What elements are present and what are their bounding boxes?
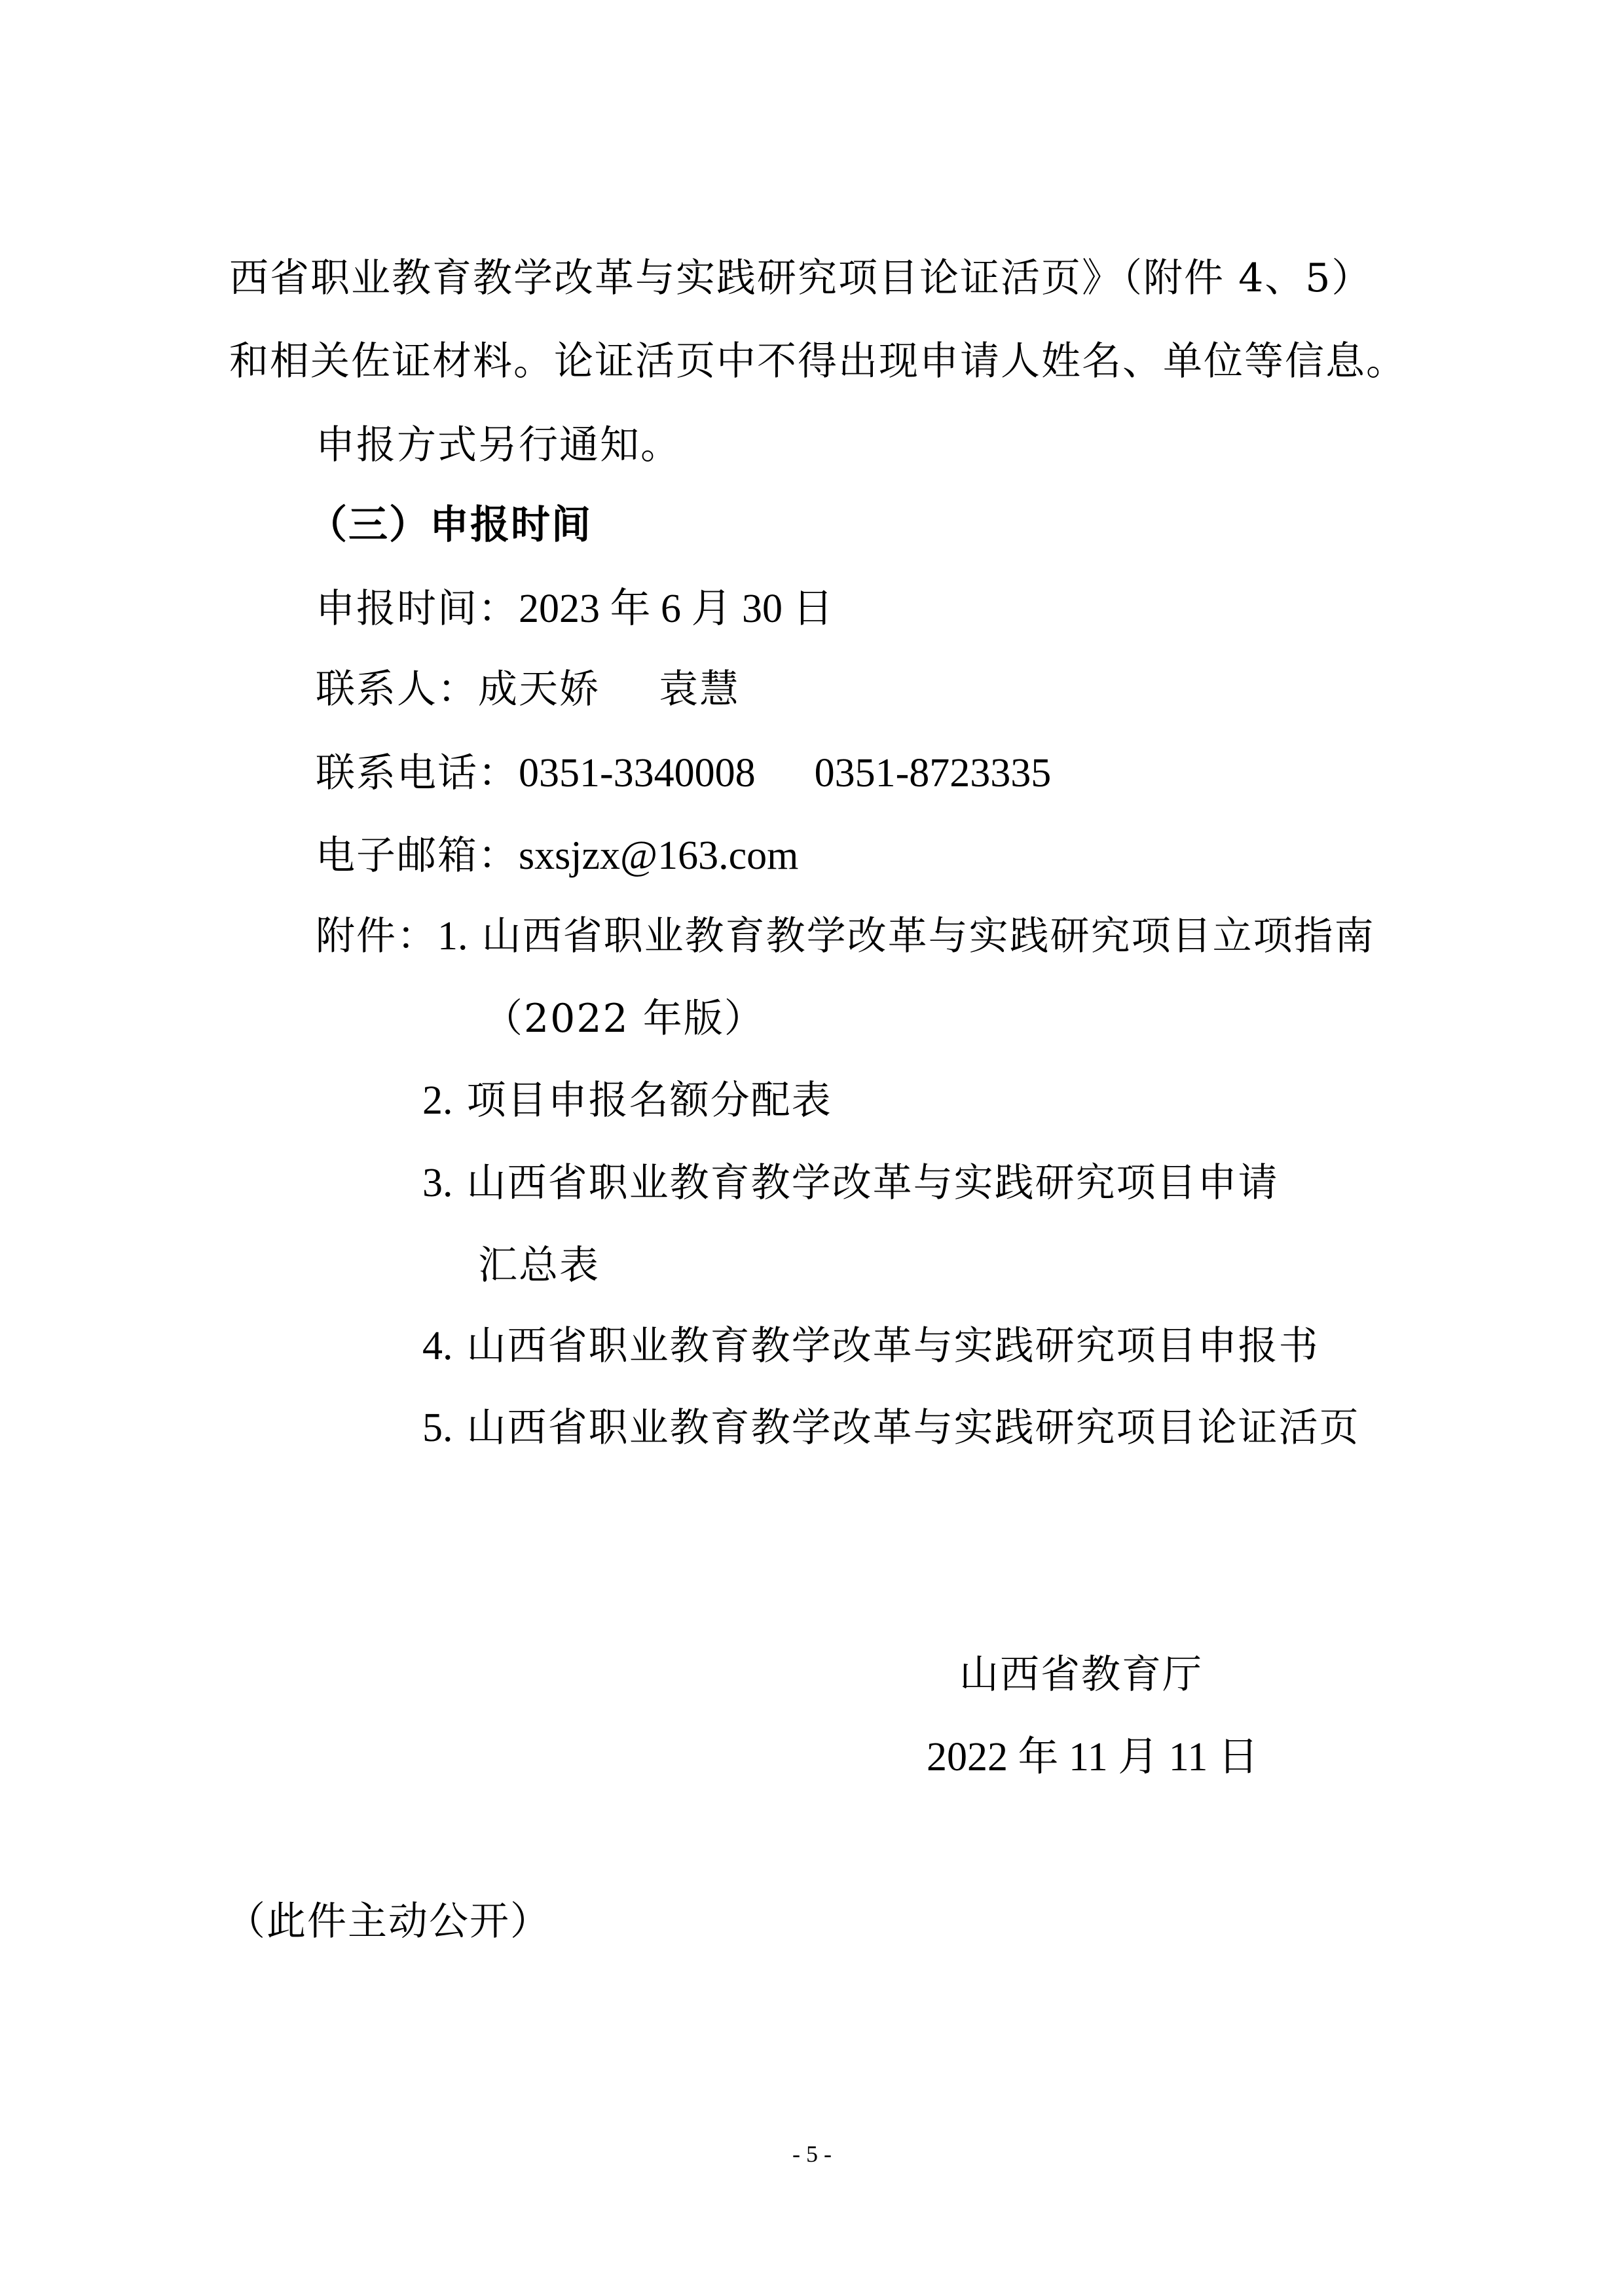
- attachment-item-1-continuation: （2022 年版）: [483, 993, 765, 1045]
- deadline-value: 2023 年 6 月 30 日: [519, 587, 834, 631]
- attachment-title: 山西省职业教育教学改革与实践研究项目论证活页: [467, 1405, 1360, 1451]
- attachment-title: 山西省职业教育教学改革与实践研究项目立项指南: [482, 913, 1375, 959]
- attachment-title: 山西省职业教育教学改革与实践研究项目申请: [467, 1160, 1279, 1206]
- attachment-title: 山西省职业教育教学改革与实践研究项目申报书: [467, 1323, 1319, 1369]
- attachment-number: 4.: [422, 1324, 453, 1368]
- attachment-number: 2.: [422, 1078, 453, 1123]
- attachment-item-3-continuation: 汇总表: [478, 1239, 600, 1292]
- contacts-line: 联系人：成天娇袁慧: [316, 663, 740, 716]
- phone-label: 联系电话：: [316, 750, 519, 796]
- paragraph-continuation-line-1: 西省职业教育教学改革与实践研究项目论证活页》（附件 4、5）: [229, 252, 1372, 304]
- disclosure-note: （此件主动公开）: [226, 1895, 551, 1948]
- contacts-label: 联系人：: [316, 666, 478, 712]
- attachment-item-5: 5. 山西省职业教育教学改革与实践研究项目论证活页: [422, 1402, 1360, 1454]
- section-3-heading: （三）申报时间: [308, 499, 592, 551]
- contact-name-1: 成天娇: [478, 666, 600, 712]
- attachment-title: 项目申报名额分配表: [467, 1078, 832, 1123]
- deadline-label: 申报时间：: [316, 586, 519, 632]
- issue-date: 2022 年 11 月 11 日: [927, 1731, 1259, 1783]
- attachment-item-4: 4. 山西省职业教育教学改革与实践研究项目申报书: [422, 1320, 1319, 1372]
- email-address[interactable]: sxsjzx@163.com: [519, 833, 798, 878]
- phone-number-1: 0351-3340008: [519, 751, 756, 795]
- contact-name-2: 袁慧: [659, 666, 740, 712]
- email-label: 电子邮箱：: [316, 833, 519, 879]
- attachment-number: 3.: [422, 1161, 453, 1205]
- attachment-item-1: 附件：1. 山西省职业教育教学改革与实践研究项目立项指南: [316, 910, 1375, 962]
- paragraph-continuation-line-2: 和相关佐证材料。论证活页中不得出现申请人姓名、单位等信息。: [229, 335, 1407, 388]
- submission-method-text: 申报方式另行通知。: [316, 419, 681, 471]
- deadline-line: 申报时间：2023 年 6 月 30 日: [316, 583, 834, 635]
- email-line: 电子邮箱：sxsjzx@163.com: [316, 829, 798, 882]
- attachment-item-3: 3. 山西省职业教育教学改革与实践研究项目申请: [422, 1157, 1279, 1209]
- phone-line: 联系电话：0351-33400080351-8723335: [316, 747, 1051, 799]
- attachment-number: 5.: [422, 1406, 453, 1450]
- attachment-item-2: 2. 项目申报名额分配表: [422, 1074, 832, 1127]
- page-number: - 5 -: [0, 2141, 1624, 2167]
- attachment-number: 1.: [437, 914, 468, 958]
- issuer-name: 山西省教育厅: [959, 1649, 1203, 1701]
- phone-number-2: 0351-8723335: [815, 751, 1052, 795]
- attachments-label: 附件：: [316, 913, 437, 959]
